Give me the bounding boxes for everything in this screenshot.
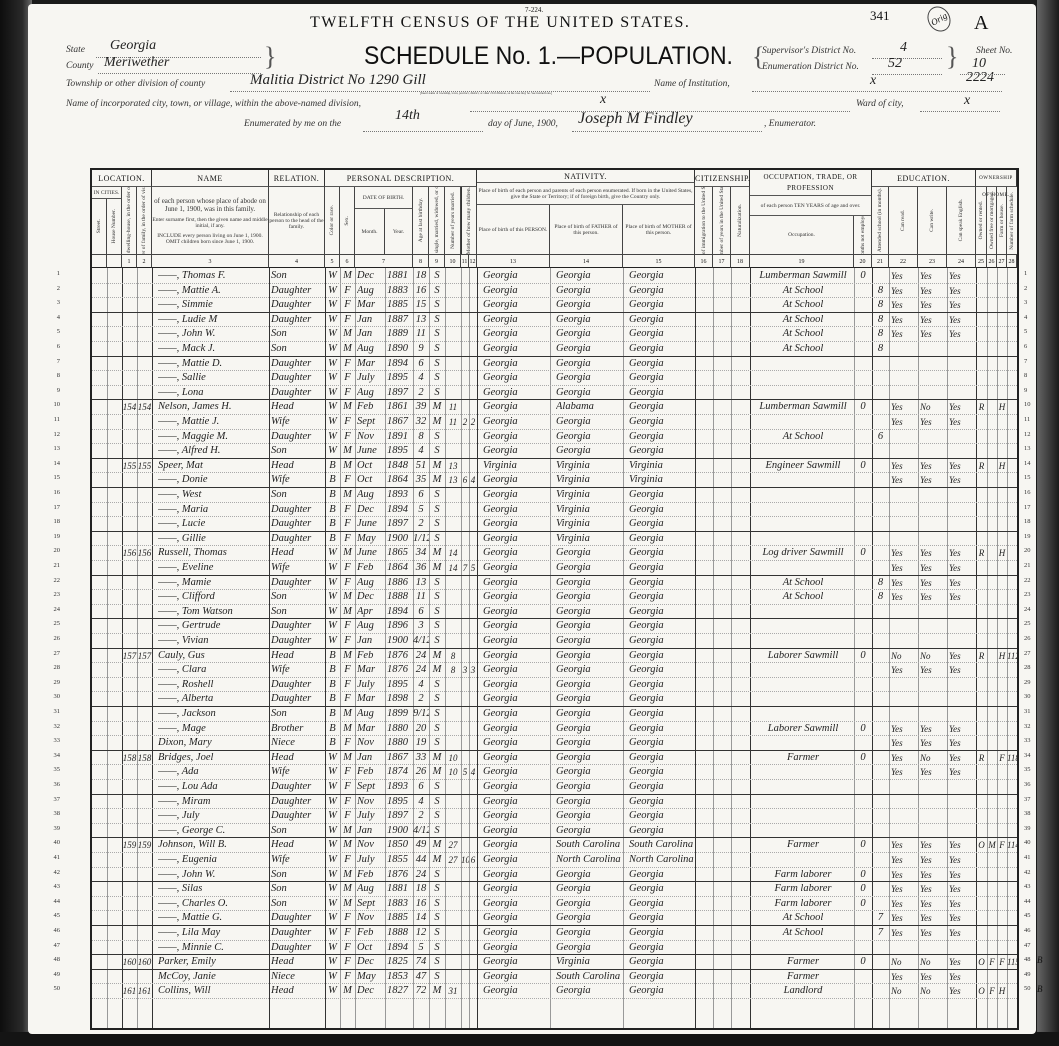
cell-ch xyxy=(469,970,477,985)
cell-sch xyxy=(872,678,889,693)
page-number: 341 xyxy=(870,8,890,24)
table-row: ——, ClaraWifeBFMar187624M833GeorgiaGeorg… xyxy=(92,663,1017,678)
cell-own xyxy=(976,284,987,299)
cell-ch: 3 xyxy=(469,663,477,678)
cell-rel: Son xyxy=(271,590,325,605)
cell-year: 1881 xyxy=(387,882,413,897)
cell-ym xyxy=(445,619,461,634)
cell-fs xyxy=(1007,984,1017,999)
cell-rel: Daughter xyxy=(271,284,325,299)
cell-fam xyxy=(137,897,152,912)
cell-occ xyxy=(752,634,854,649)
cell-ne xyxy=(854,619,872,634)
cell-mar: S xyxy=(429,911,445,926)
cell-dw xyxy=(122,590,137,605)
cell-month: Nov xyxy=(357,911,385,926)
group-personal: PERSONAL DESCRIPTION. xyxy=(325,170,477,187)
line-number-right: 16 xyxy=(1024,489,1038,496)
cell-mar: S xyxy=(429,605,445,620)
cell-occ xyxy=(752,780,854,795)
cell-color: W xyxy=(325,911,340,926)
cell-age: 49 xyxy=(413,838,429,853)
cell-occ xyxy=(752,386,854,401)
cell-sex: M xyxy=(340,824,355,839)
cell-ym xyxy=(445,795,461,810)
cell-free xyxy=(987,327,997,342)
cell-fs xyxy=(1007,357,1017,372)
cell-mo xyxy=(461,707,469,722)
cell-en xyxy=(949,707,976,722)
cell-month: Feb xyxy=(357,868,385,883)
cell-wr xyxy=(920,371,947,386)
cell-rel: Son xyxy=(271,707,325,722)
cell-name: Collins, Will xyxy=(158,984,273,999)
cell-rd: Yes xyxy=(891,590,918,605)
cell-fs xyxy=(1007,473,1017,488)
line-number-right: 45 xyxy=(1024,912,1038,919)
cell-fh: F xyxy=(997,838,1007,853)
cell-bf: Georgia xyxy=(556,882,627,897)
cell-bm: Georgia xyxy=(629,517,699,532)
cell-age: 15 xyxy=(413,298,429,313)
cell-rel: Daughter xyxy=(271,386,325,401)
cell-own xyxy=(976,678,987,693)
enumerator-line xyxy=(572,130,762,132)
cell-en: Yes xyxy=(949,400,976,415)
cell-fh: H xyxy=(997,649,1007,664)
line-number-left: 9 xyxy=(44,387,60,394)
cell-fam xyxy=(137,853,152,868)
cell-ch xyxy=(469,678,477,693)
cell-ne xyxy=(854,488,872,503)
cell-age: 13 xyxy=(413,576,429,591)
cell-bp: Georgia xyxy=(483,532,554,547)
cell-en: Yes xyxy=(949,313,976,328)
cell-color: W xyxy=(325,970,340,985)
cell-mar: M xyxy=(429,663,445,678)
cell-dw xyxy=(122,868,137,883)
marital-header: Whether single, married, widowed, or div… xyxy=(429,187,445,254)
group-name: NAME xyxy=(152,170,269,187)
cell-bp: Georgia xyxy=(483,722,554,737)
cell-fh: F xyxy=(997,955,1007,970)
line-number-left: 5 xyxy=(44,328,60,335)
cell-age: 44 xyxy=(413,853,429,868)
column-number: 12 xyxy=(469,254,477,268)
cell-bp: Georgia xyxy=(483,298,554,313)
cell-fs xyxy=(1007,809,1017,824)
sheet-number: 10 xyxy=(972,56,986,72)
cell-rd: Yes xyxy=(891,722,918,737)
cell-en xyxy=(949,809,976,824)
cell-own: R xyxy=(976,400,987,415)
table-row: ——, CliffordSonWMDec188811SGeorgiaGeorgi… xyxy=(92,590,1017,605)
cell-mar: S xyxy=(429,809,445,824)
color-header: Color or race. xyxy=(325,187,340,254)
cell-ym xyxy=(445,576,461,591)
line-number-left: 41 xyxy=(44,854,60,861)
cell-rd: Yes xyxy=(891,400,918,415)
cell-ym: 13 xyxy=(445,473,461,488)
cell-fh xyxy=(997,853,1007,868)
line-number-right: 32 xyxy=(1024,723,1038,730)
table-row: 159159Johnson, Will B.HeadWMNov185049M27… xyxy=(92,838,1017,853)
cell-color: W xyxy=(325,634,340,649)
cell-month: Aug xyxy=(357,386,385,401)
cell-dw xyxy=(122,824,137,839)
cell-en: Yes xyxy=(949,459,976,474)
cell-sch xyxy=(872,371,889,386)
cell-bm: Georgia xyxy=(629,298,699,313)
cell-free xyxy=(987,605,997,620)
cell-name: ——, George C. xyxy=(158,824,273,839)
cell-fam xyxy=(137,736,152,751)
cell-sex: F xyxy=(340,970,355,985)
cell-mo xyxy=(461,795,469,810)
cell-mo xyxy=(461,970,469,985)
institution-line xyxy=(752,90,1002,92)
cell-dw: 160 xyxy=(122,955,137,970)
line-number-left: 10 xyxy=(44,401,60,408)
cell-age: 24 xyxy=(413,868,429,883)
column-number: 20 xyxy=(854,254,872,268)
cell-sch xyxy=(872,780,889,795)
cell-fs xyxy=(1007,532,1017,547)
cell-mo xyxy=(461,342,469,357)
table-row: ——, John W.SonWMFeb187624SGeorgiaGeorgia… xyxy=(92,868,1017,883)
table-row: ——, GertrudeDaughterWFAug18963SGeorgiaGe… xyxy=(92,619,1017,634)
cell-ch xyxy=(469,722,477,737)
cell-wr: Yes xyxy=(920,853,947,868)
can-write-header: Can write. xyxy=(918,187,947,254)
cell-sch xyxy=(872,692,889,707)
cell-mar: M xyxy=(429,459,445,474)
column-number: 16 xyxy=(695,254,713,268)
cell-own: O xyxy=(976,984,987,999)
line-number-left: 13 xyxy=(44,445,60,452)
cell-own: O xyxy=(976,955,987,970)
scan-bottom-edge xyxy=(0,1032,1059,1046)
cell-own xyxy=(976,532,987,547)
county-label: County xyxy=(66,61,93,71)
cell-occ xyxy=(752,663,854,678)
cell-rd: No xyxy=(891,955,918,970)
cell-ne xyxy=(854,327,872,342)
cell-color: W xyxy=(325,576,340,591)
line-number-left: 26 xyxy=(44,635,60,642)
township-value: Malitia District No 1290 Gill xyxy=(250,72,426,89)
cell-bf: Georgia xyxy=(556,430,627,445)
cell-rel: Daughter xyxy=(271,576,325,591)
line-number-right: 4 xyxy=(1024,314,1038,321)
cell-fam: 158 xyxy=(137,751,152,766)
line-number-right: 5 xyxy=(1024,328,1038,335)
brace-icon: } xyxy=(946,42,958,72)
cell-mar: S xyxy=(429,517,445,532)
cell-fam xyxy=(137,444,152,459)
cell-own xyxy=(976,692,987,707)
cell-occ xyxy=(752,707,854,722)
cell-bf: Georgia xyxy=(556,941,627,956)
cell-mo xyxy=(461,284,469,299)
cell-year: 1885 xyxy=(387,298,413,313)
cell-fs xyxy=(1007,970,1017,985)
cell-year: 1895 xyxy=(387,444,413,459)
cell-occ: Farmer xyxy=(752,838,854,853)
cell-sch xyxy=(872,824,889,839)
cell-rel: Daughter xyxy=(271,809,325,824)
cell-occ: Engineer Sawmill xyxy=(752,459,854,474)
cell-ym xyxy=(445,430,461,445)
cell-wr: Yes xyxy=(920,473,947,488)
cell-name: ——, Alfred H. xyxy=(158,444,273,459)
cell-wr: Yes xyxy=(920,838,947,853)
cell-own xyxy=(976,269,987,284)
cell-mo xyxy=(461,576,469,591)
cell-age: 20 xyxy=(413,722,429,737)
cell-occ xyxy=(752,371,854,386)
cell-bf: Georgia xyxy=(556,269,627,284)
cell-sex: M xyxy=(340,751,355,766)
cell-dw xyxy=(122,517,137,532)
table-row: ——, MariaDaughterBFDec18945SGeorgiaVirgi… xyxy=(92,503,1017,518)
cell-fh xyxy=(997,415,1007,430)
cell-en: Yes xyxy=(949,473,976,488)
cell-month: Mar xyxy=(357,692,385,707)
cell-age: 32 xyxy=(413,415,429,430)
cell-rel: Son xyxy=(271,327,325,342)
cell-wr: Yes xyxy=(920,736,947,751)
cell-wr xyxy=(920,357,947,372)
cell-dw xyxy=(122,853,137,868)
cell-mo xyxy=(461,882,469,897)
cell-en xyxy=(949,605,976,620)
cell-ch xyxy=(469,503,477,518)
cell-wr: Yes xyxy=(920,576,947,591)
cell-fs xyxy=(1007,926,1017,941)
cell-free xyxy=(987,678,997,693)
cell-color: W xyxy=(325,298,340,313)
cell-sch xyxy=(872,634,889,649)
cell-occ: Landlord xyxy=(752,984,854,999)
cell-age: 6 xyxy=(413,488,429,503)
cell-fam: 156 xyxy=(137,546,152,561)
table-row: 157157Cauly, GusHeadBMFeb187624M8Georgia… xyxy=(92,649,1017,664)
cell-fs: 115 xyxy=(1007,955,1017,970)
cell-name: ——, Mage xyxy=(158,722,273,737)
cell-rel: Daughter xyxy=(271,780,325,795)
cell-ch xyxy=(469,955,477,970)
line-number-right: 14 xyxy=(1024,460,1038,467)
cell-wr xyxy=(920,430,947,445)
naturalization-header: Naturalization. xyxy=(731,187,750,254)
cell-month: Sept xyxy=(357,897,385,912)
cell-ch xyxy=(469,532,477,547)
cell-ne xyxy=(854,284,872,299)
table-row: ——, Lila MayDaughterWFFeb188812SGeorgiaG… xyxy=(92,926,1017,941)
cell-sch xyxy=(872,649,889,664)
cell-mo xyxy=(461,298,469,313)
cell-ym xyxy=(445,678,461,693)
enumeration-label: Enumeration District No. xyxy=(762,62,859,72)
cell-name: ——, Ludie M xyxy=(158,313,273,328)
cell-bp: Georgia xyxy=(483,400,554,415)
cell-rel: Son xyxy=(271,605,325,620)
schedule-title: SCHEDULE No. 1.—POPULATION. xyxy=(364,42,733,71)
cell-fam: 157 xyxy=(137,649,152,664)
cell-fh: H xyxy=(997,400,1007,415)
cell-wr xyxy=(920,619,947,634)
cell-ym: 27 xyxy=(445,838,461,853)
cell-sex: M xyxy=(340,459,355,474)
cell-ne xyxy=(854,926,872,941)
cell-en xyxy=(949,430,976,445)
cell-mo xyxy=(461,634,469,649)
cell-bp: Virginia xyxy=(483,459,554,474)
cell-occ: Log driver Sawmill xyxy=(752,546,854,561)
cell-rd xyxy=(891,941,918,956)
cell-ne xyxy=(854,473,872,488)
table-row: ——, Ludie MDaughterWFJan188713SGeorgiaGe… xyxy=(92,313,1017,328)
cell-ym: 27 xyxy=(445,853,461,868)
cell-ne: 0 xyxy=(854,459,872,474)
cell-en: Yes xyxy=(949,576,976,591)
cell-sex: F xyxy=(340,430,355,445)
line-number-left: 4 xyxy=(44,314,60,321)
cell-occ: Farm laborer xyxy=(752,868,854,883)
cell-ch xyxy=(469,546,477,561)
cell-year: 1848 xyxy=(387,459,413,474)
cell-ym xyxy=(445,269,461,284)
cell-occ xyxy=(752,444,854,459)
line-number-left: 44 xyxy=(44,898,60,905)
cell-month: Aug xyxy=(357,284,385,299)
birth-person-header: Place of birth of this PERSON. xyxy=(477,205,550,254)
cell-ne: 0 xyxy=(854,838,872,853)
cell-ch xyxy=(469,649,477,664)
cell-bm: Georgia xyxy=(629,897,699,912)
line-number-right: 43 xyxy=(1024,883,1038,890)
cell-month: July xyxy=(357,809,385,824)
cell-year: 1900 xyxy=(387,532,413,547)
line-number-left: 28 xyxy=(44,664,60,671)
cell-mar: S xyxy=(429,882,445,897)
cell-ne xyxy=(854,357,872,372)
cell-mo xyxy=(461,459,469,474)
mother-of-header: Mother of how many children. xyxy=(461,187,477,254)
cell-fam: 160 xyxy=(137,955,152,970)
cell-mar: S xyxy=(429,868,445,883)
cell-sex: F xyxy=(340,955,355,970)
cell-sch xyxy=(872,619,889,634)
cell-mo xyxy=(461,838,469,853)
cell-bm: Georgia xyxy=(629,882,699,897)
cell-ch xyxy=(469,707,477,722)
cell-rel: Daughter xyxy=(271,517,325,532)
cell-ym xyxy=(445,327,461,342)
line-number-right: 10 xyxy=(1024,401,1038,408)
cell-fs xyxy=(1007,503,1017,518)
cell-month: Apr xyxy=(357,605,385,620)
cell-rd: Yes xyxy=(891,415,918,430)
cell-color: W xyxy=(325,926,340,941)
cell-rd: Yes xyxy=(891,897,918,912)
cell-sex: M xyxy=(340,546,355,561)
table-row: ——, Thomas F.SonWMDec188118SGeorgiaGeorg… xyxy=(92,269,1017,284)
cell-wr xyxy=(920,342,947,357)
cell-ne xyxy=(854,342,872,357)
city-value: x xyxy=(600,92,606,108)
cell-age: 9 xyxy=(413,342,429,357)
cell-color: W xyxy=(325,561,340,576)
owned-free-header: Owned free or mortgaged. xyxy=(987,187,997,254)
cell-fh: H xyxy=(997,459,1007,474)
cell-bf: Georgia xyxy=(556,692,627,707)
cell-rd: Yes xyxy=(891,561,918,576)
cell-bm: Georgia xyxy=(629,765,699,780)
cell-ym xyxy=(445,517,461,532)
cell-rel: Brother xyxy=(271,722,325,737)
cell-occ xyxy=(752,795,854,810)
cell-ne xyxy=(854,605,872,620)
cell-sch xyxy=(872,561,889,576)
cell-name: ——, Roshell xyxy=(158,678,273,693)
cell-bp: Georgia xyxy=(483,970,554,985)
cell-rd: Yes xyxy=(891,663,918,678)
cell-own xyxy=(976,473,987,488)
cell-free xyxy=(987,926,997,941)
cell-ch xyxy=(469,868,477,883)
table-row: ——, EvelineWifeWFFeb186436M1475GeorgiaGe… xyxy=(92,561,1017,576)
column-number: 1 xyxy=(122,254,137,268)
cell-mar: S xyxy=(429,269,445,284)
cell-fs xyxy=(1007,576,1017,591)
cell-name: ——, Gertrude xyxy=(158,619,273,634)
cell-rel: Son xyxy=(271,269,325,284)
cell-mo xyxy=(461,780,469,795)
cell-own xyxy=(976,780,987,795)
cell-sch: 6 xyxy=(872,430,889,445)
cell-dw: 161 xyxy=(122,984,137,999)
table-row: ——, AlbertaDaughterBFMar18982SGeorgiaGeo… xyxy=(92,692,1017,707)
cell-bm: Georgia xyxy=(629,284,699,299)
cell-ym xyxy=(445,868,461,883)
cell-dw xyxy=(122,619,137,634)
cell-en: Yes xyxy=(949,984,976,999)
table-row: ——, JacksonSonBMAug18999/12SGeorgiaGeorg… xyxy=(92,707,1017,722)
cell-rd xyxy=(891,371,918,386)
table-row: ——, EugeniaWifeWFJuly185544M27106Georgia… xyxy=(92,853,1017,868)
cell-rel: Son xyxy=(271,882,325,897)
cell-rel: Wife xyxy=(271,663,325,678)
cell-bf: Georgia xyxy=(556,751,627,766)
cell-year: 1874 xyxy=(387,765,413,780)
cell-rd: Yes xyxy=(891,765,918,780)
cell-age: 16 xyxy=(413,897,429,912)
cell-ch xyxy=(469,634,477,649)
cell-year: 1891 xyxy=(387,430,413,445)
line-number-right: 15 xyxy=(1024,474,1038,481)
cell-year: 1886 xyxy=(387,576,413,591)
cell-age: 4 xyxy=(413,371,429,386)
cell-sex: F xyxy=(340,503,355,518)
township-label: Township or other division of county xyxy=(66,79,205,89)
cell-sex: F xyxy=(340,371,355,386)
cell-age: 13 xyxy=(413,313,429,328)
line-number-right: 42 xyxy=(1024,869,1038,876)
cell-fs xyxy=(1007,284,1017,299)
cell-wr: Yes xyxy=(920,590,947,605)
